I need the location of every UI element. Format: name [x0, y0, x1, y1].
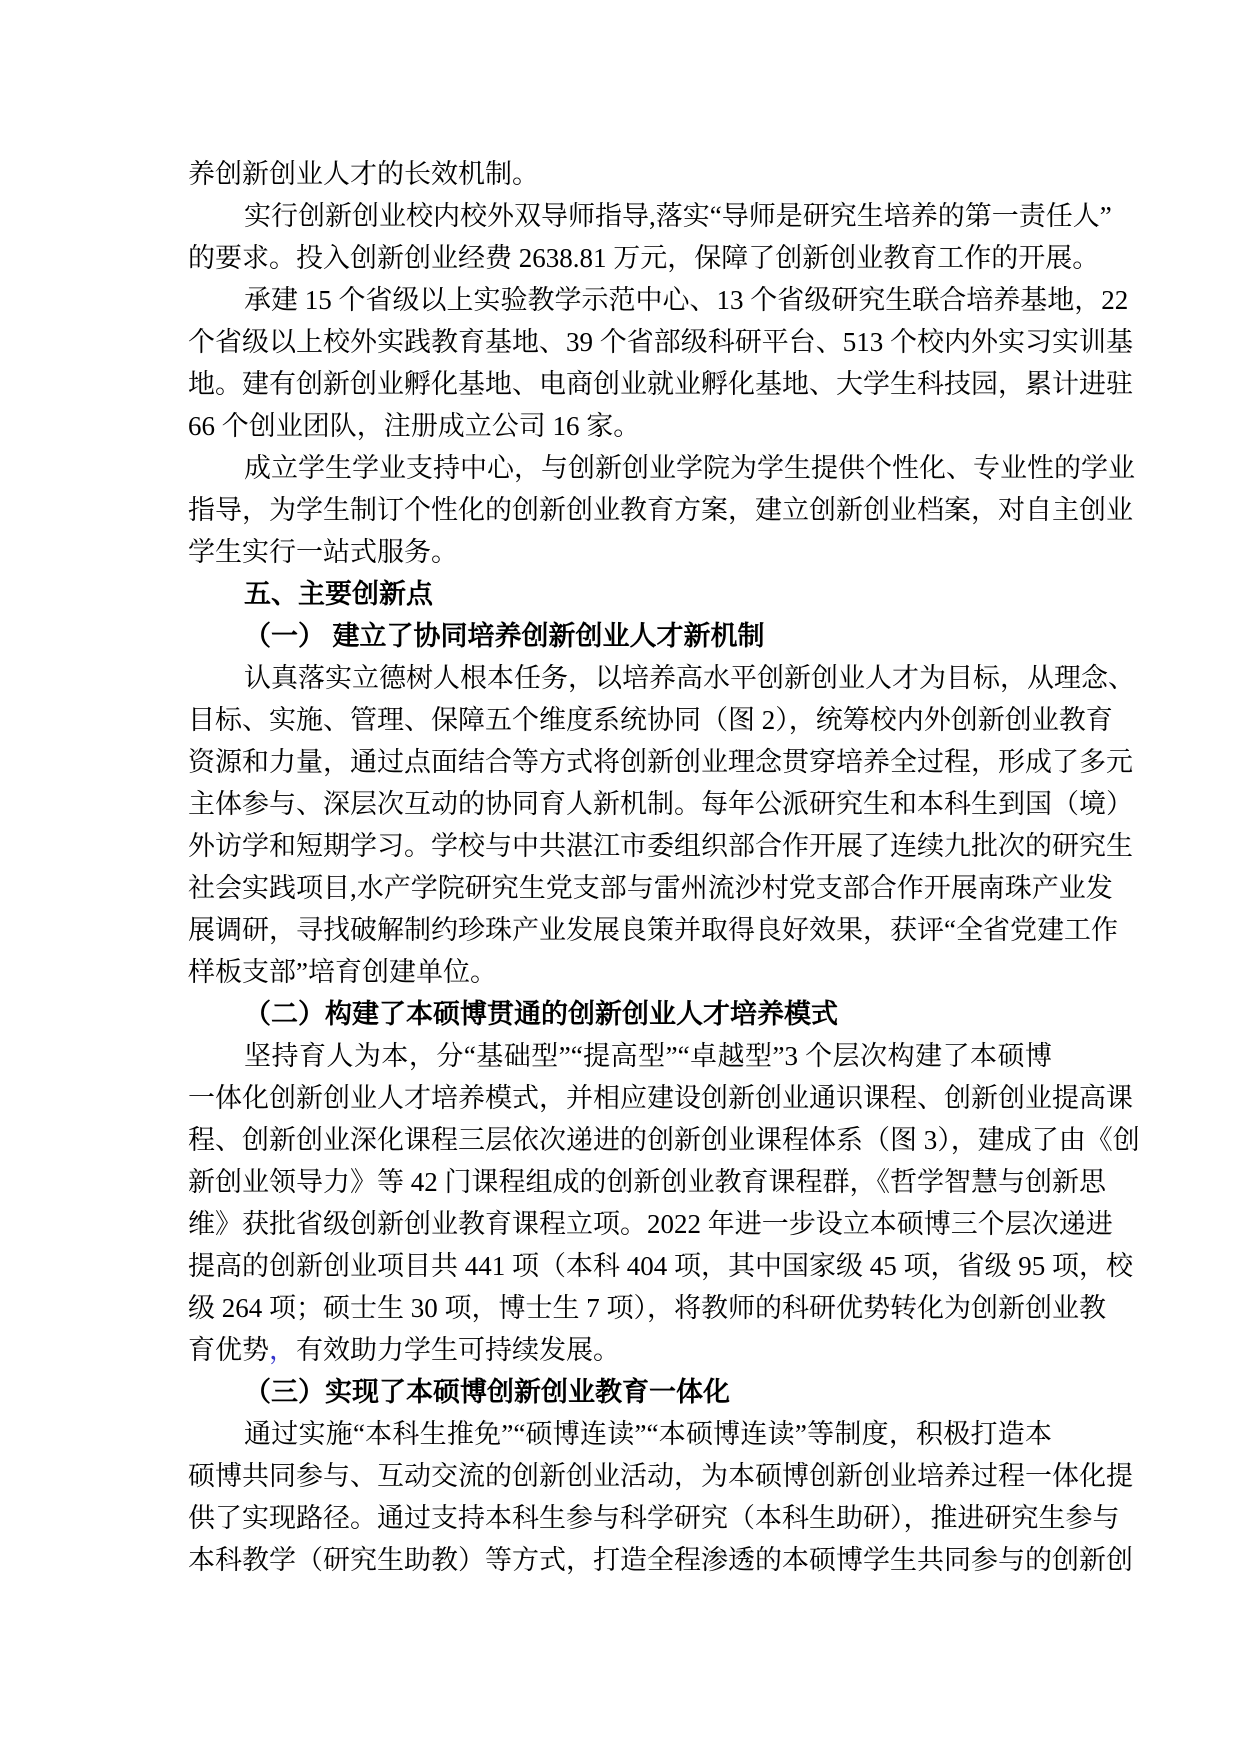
para-line: 承建 15 个省级以上实验教学示范中心、13 个省级研究生联合培养基地，22 [188, 279, 1052, 321]
para-line: 66 个创业团队，注册成立公司 16 家。 [188, 405, 1052, 447]
body-text: 育优势 [188, 1335, 269, 1365]
para-line: 本科教学（研究生助教）等方式，打造全程渗透的本硕博学生共同参与的创新创 [188, 1539, 1052, 1581]
document-page: 养创新创业人才的长效机制。 实行创新创业校内校外双导师指导,落实“导师是研究生培… [0, 0, 1240, 1754]
para-line: 级 264 项；硕士生 30 项，博士生 7 项），将教师的科研优势转化为创新创… [188, 1287, 1052, 1329]
para-line: 学生实行一站式服务。 [188, 531, 1052, 573]
para-line: 坚持育人为本，分“基础型”“提高型”“卓越型”3 个层次构建了本硕博 [188, 1035, 1052, 1077]
para-line: 供了实现路径。通过支持本科生参与科学研究（本科生助研），推进研究生参与 [188, 1497, 1052, 1539]
para-line: 一体化创新创业人才培养模式，并相应建设创新创业通识课程、创新创业提高课 [188, 1077, 1052, 1119]
para-line: 指导，为学生制订个性化的创新创业教育方案，建立创新创业档案，对自主创业 [188, 489, 1052, 531]
para-line: 程、创新创业深化课程三层依次递进的创新创业课程体系（图 3），建成了由《创 [188, 1119, 1052, 1161]
para-line: 地。建有创新创业孵化基地、电商创业就业孵化基地、大学生科技园，累计进驻 [188, 363, 1052, 405]
highlighted-comma: ， [269, 1335, 296, 1365]
para-line: 通过实施“本科生推免”“硕博连读”“本硕博连读”等制度，积极打造本 [188, 1413, 1052, 1455]
document-body: 养创新创业人才的长效机制。 实行创新创业校内校外双导师指导,落实“导师是研究生培… [188, 153, 1052, 1581]
para-line: 外访学和短期学习。学校与中共湛江市委组织部合作开展了连续九批次的研究生 [188, 825, 1052, 867]
para-line: 主体参与、深层次互动的协同育人新机制。每年公派研究生和本科生到国（境） [188, 783, 1052, 825]
para-line: 社会实践项目,水产学院研究生党支部与雷州流沙村党支部合作开展南珠产业发 [188, 867, 1052, 909]
para-line: 养创新创业人才的长效机制。 [188, 153, 1052, 195]
para-line: 新创业领导力》等 42 门课程组成的创新创业教育课程群，《哲学智慧与创新思 [188, 1161, 1052, 1203]
para-line: 个省级以上校外实践教育基地、39 个省部级科研平台、513 个校内外实习实训基 [188, 321, 1052, 363]
para-line: 认真落实立德树人根本任务，以培养高水平创新创业人才为目标，从理念、 [188, 657, 1052, 699]
subsection-heading-1: （一） 建立了协同培养创新创业人才新机制 [188, 615, 1052, 657]
para-line: 目标、实施、管理、保障五个维度系统协同（图 2），统筹校内外创新创业教育 [188, 699, 1052, 741]
para-line: 硕博共同参与、互动交流的创新创业活动，为本硕博创新创业培养过程一体化提 [188, 1455, 1052, 1497]
para-line: 的要求。投入创新创业经费 2638.81 万元，保障了创新创业教育工作的开展。 [188, 237, 1052, 279]
para-line: 育优势，有效助力学生可持续发展。 [188, 1329, 1052, 1371]
para-line: 实行创新创业校内校外双导师指导,落实“导师是研究生培养的第一责任人” [188, 195, 1052, 237]
subsection-heading-2: （二）构建了本硕博贯通的创新创业人才培养模式 [188, 993, 1052, 1035]
para-line: 展调研，寻找破解制约珍珠产业发展良策并取得良好效果，获评“全省党建工作 [188, 909, 1052, 951]
body-text: 有效助力学生可持续发展。 [296, 1335, 620, 1365]
subsection-heading-3: （三）实现了本硕博创新创业教育一体化 [188, 1371, 1052, 1413]
para-line: 成立学生学业支持中心，与创新创业学院为学生提供个性化、专业性的学业 [188, 447, 1052, 489]
para-line: 提高的创新创业项目共 441 项（本科 404 项，其中国家级 45 项，省级 … [188, 1245, 1052, 1287]
section-heading-5: 五、主要创新点 [188, 573, 1052, 615]
para-line: 维》获批省级创新创业教育课程立项。2022 年进一步设立本硕博三个层次递进 [188, 1203, 1052, 1245]
para-line: 样板支部”培育创建单位。 [188, 951, 1052, 993]
para-line: 资源和力量，通过点面结合等方式将创新创业理念贯穿培养全过程，形成了多元 [188, 741, 1052, 783]
